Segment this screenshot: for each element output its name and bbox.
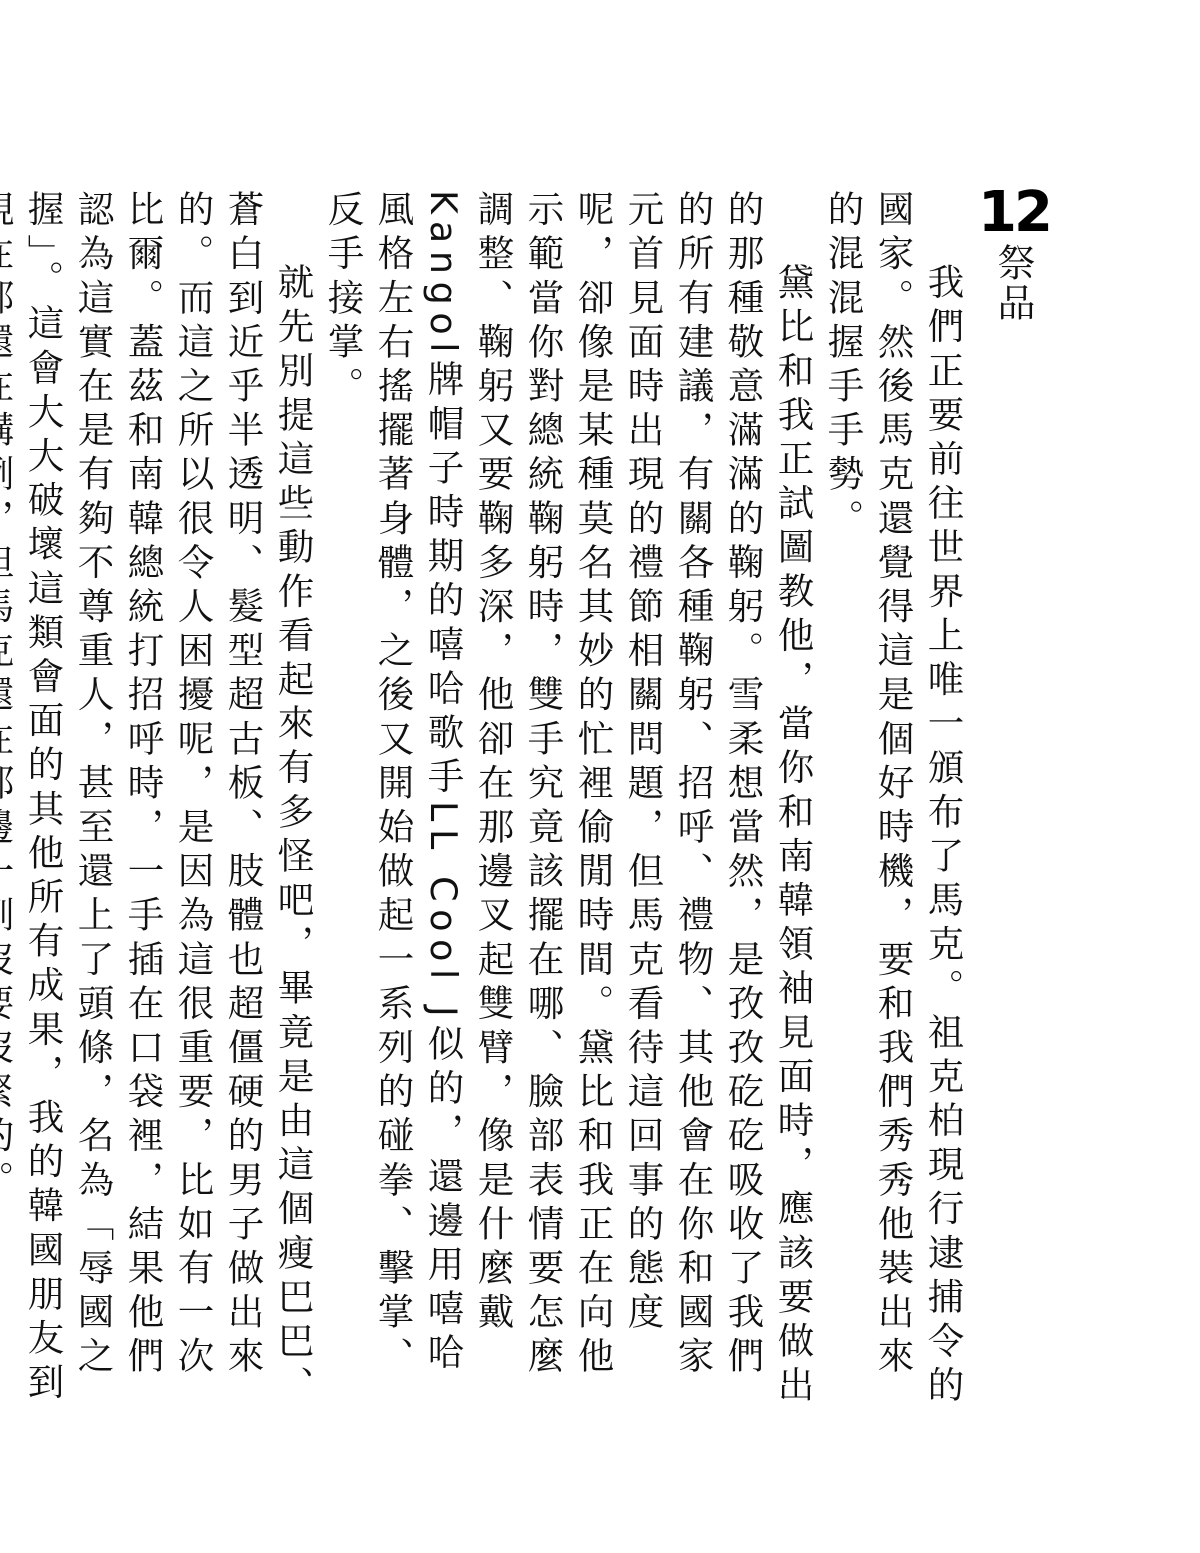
chapter-title: 祭品 <box>993 243 1033 323</box>
paragraph: 黛比和我正試圖教他，當你和南韓領袖見面時，應該要做出的那種敬意滿滿的鞠躬。雪柔想… <box>318 190 818 1420</box>
chapter-heading: 12 祭品 <box>978 185 1048 323</box>
paragraph: 我們正要前往世界上唯一頒布了馬克。祖克柏現行逮捕令的國家。然後馬克還覺得這是個好… <box>818 190 968 1420</box>
book-page: 12 祭品 我們正要前往世界上唯一頒布了馬克。祖克柏現行逮捕令的國家。然後馬克還… <box>0 0 1200 1553</box>
paragraph: 就先別提這些動作看起來有多怪吧，畢竟是由這個瘦巴巴、蒼白到近乎半透明、髮型超古板… <box>0 190 318 1420</box>
chapter-number: 12 <box>978 185 1048 241</box>
body-text: 我們正要前往世界上唯一頒布了馬克。祖克柏現行逮捕令的國家。然後馬克還覺得這是個好… <box>0 190 968 1420</box>
